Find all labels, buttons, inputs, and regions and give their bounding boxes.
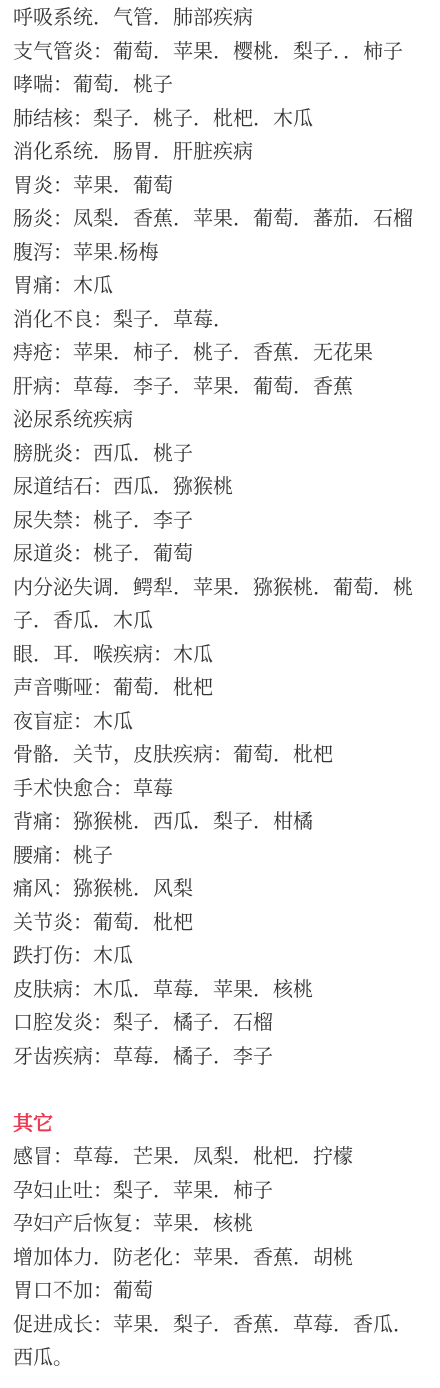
text-line: 促进成长：苹果．梨子．香蕉．草莓．香瓜．西瓜。: [13, 1309, 427, 1376]
text-line: 关节炎：葡萄．枇杷: [13, 907, 427, 941]
text-line: 孕妇产后恢复：苹果．核桃: [13, 1208, 427, 1242]
text-line: 呼吸系统．气管．肺部疾病: [13, 2, 427, 36]
text-line: 肺结核：梨子．桃子．枇杷．木瓜: [13, 103, 427, 137]
text-line: 腹泻：苹果.杨梅: [13, 237, 427, 271]
text-line: 膀胱炎：西瓜．桃子: [13, 438, 427, 472]
text-line: 背痛：猕猴桃．西瓜．梨子．柑橘: [13, 806, 427, 840]
text-line: 痔疮：苹果．柿子．桃子．香蕉．无花果: [13, 337, 427, 371]
text-line: 胃炎：苹果．葡萄: [13, 170, 427, 204]
text-line: 哮喘：葡萄．桃子: [13, 69, 427, 103]
text-line: 骨骼．关节，皮肤疾病：葡萄．枇杷: [13, 739, 427, 773]
text-line: 孕妇止吐：梨子．苹果．柿子: [13, 1175, 427, 1209]
text-line: 消化系统．肠胃．肝脏疾病: [13, 136, 427, 170]
section-heading-other: 其它: [13, 1108, 427, 1142]
text-line: 痛风：猕猴桃．风梨: [13, 873, 427, 907]
text-line: 手术快愈合：草莓: [13, 773, 427, 807]
text-line: 口腔发炎：梨子．橘子．石榴: [13, 1007, 427, 1041]
text-line: 支气管炎：葡萄．苹果．樱桃．梨子．．柿子: [13, 36, 427, 70]
text-line: 尿失禁：桃子．李子: [13, 505, 427, 539]
text-line: 牙齿疾病：草莓．橘子．李子: [13, 1041, 427, 1075]
text-line: 尿道炎：桃子．葡萄: [13, 538, 427, 572]
text-line: 尿道结石：西瓜．猕猴桃: [13, 471, 427, 505]
text-line: 增加体力．防老化：苹果．香蕉．胡桃: [13, 1242, 427, 1276]
text-line: 胃口不加：葡萄: [13, 1275, 427, 1309]
text-line: 消化不良：梨子．草莓．: [13, 304, 427, 338]
text-line: 眼．耳．喉疾病：木瓜: [13, 639, 427, 673]
fruit-remedy-document: 呼吸系统．气管．肺部疾病 支气管炎：葡萄．苹果．樱桃．梨子．．柿子 哮喘：葡萄．…: [13, 2, 427, 1376]
text-line: 内分泌失调．鳄犁．苹果．猕猴桃．葡萄．桃子．香瓜．木瓜: [13, 572, 427, 639]
text-line: 夜盲症：木瓜: [13, 706, 427, 740]
text-line: 跌打伤：木瓜: [13, 940, 427, 974]
text-line: 腰痛：桃子: [13, 840, 427, 874]
text-line: 感冒：草莓．芒果．凤梨．枇杷．拧檬: [13, 1141, 427, 1175]
text-line: 皮肤病：木瓜．草莓．苹果．核桃: [13, 974, 427, 1008]
text-line: 声音嘶哑：葡萄．枇杷: [13, 672, 427, 706]
text-line: 肝病：草莓．李子．苹果．葡萄．香蕉: [13, 371, 427, 405]
text-line: 肠炎：凤梨．香蕉．苹果．葡萄．蕃茄．石榴: [13, 203, 427, 237]
text-line: 泌尿系统疾病: [13, 404, 427, 438]
text-line: 胃痛：木瓜: [13, 270, 427, 304]
